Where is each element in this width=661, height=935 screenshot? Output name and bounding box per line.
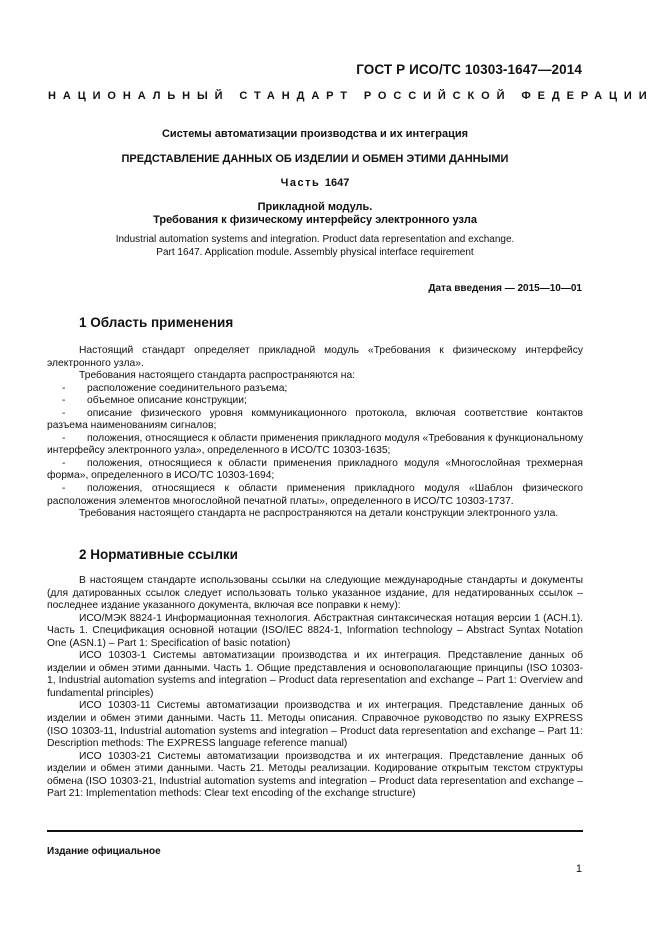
national-standard-banner: НАЦИОНАЛЬНЫЙ СТАНДАРТ РОССИЙСКОЙ ФЕДЕРАЦ… bbox=[48, 90, 588, 102]
dash-bullet: - bbox=[47, 408, 87, 421]
dash-bullet: - bbox=[47, 383, 87, 396]
english-title-line-1: Industrial automation systems and integr… bbox=[47, 233, 583, 246]
section-body-scope: Настоящий стандарт определяет прикладной… bbox=[47, 345, 583, 521]
official-edition-label: Издание официальное bbox=[47, 846, 161, 857]
list-item: -положения, относящиеся к области примен… bbox=[47, 433, 583, 458]
introduction-date: Дата введения — 2015—10—01 bbox=[428, 283, 582, 294]
english-title: Industrial automation systems and integr… bbox=[47, 233, 583, 259]
part-label: Часть bbox=[281, 177, 321, 189]
module-title: Прикладной модуль. Требования к физическ… bbox=[47, 201, 583, 227]
footer-rule bbox=[47, 830, 583, 832]
list-item-text: описание физического уровня коммуникацио… bbox=[47, 408, 583, 432]
section-heading-normative-references: 2 Нормативные ссылки bbox=[79, 547, 238, 562]
list-item-text: положения, относящиеся к области примене… bbox=[47, 483, 583, 507]
paragraph: Требования настоящего стандарта распрост… bbox=[47, 370, 583, 383]
section-heading-scope: 1 Область применения bbox=[79, 315, 233, 330]
page-number: 1 bbox=[576, 863, 582, 875]
paragraph: ИСО 10303-11 Системы автоматизации произ… bbox=[47, 700, 583, 750]
list-item: -расположение соединительного разъема; bbox=[47, 383, 583, 396]
main-title: ПРЕДСТАВЛЕНИЕ ДАННЫХ ОБ ИЗДЕЛИИ И ОБМЕН … bbox=[47, 153, 583, 165]
list-item: -описание физического уровня коммуникаци… bbox=[47, 408, 583, 433]
part-title: Часть 1647 bbox=[47, 177, 583, 189]
list-item: -положения, относящиеся к области примен… bbox=[47, 483, 583, 508]
paragraph: Требования настоящего стандарта не распр… bbox=[47, 508, 583, 521]
document-code: ГОСТ Р ИСО/ТС 10303-1647—2014 bbox=[356, 62, 582, 77]
paragraph: В настоящем стандарте использованы ссылк… bbox=[47, 575, 583, 613]
list-item-text: расположение соединительного разъема; bbox=[87, 383, 287, 394]
dash-bullet: - bbox=[47, 458, 87, 471]
list-item: -положения, относящиеся к области примен… bbox=[47, 458, 583, 483]
dash-bullet: - bbox=[47, 433, 87, 446]
dash-bullet: - bbox=[47, 395, 87, 408]
module-title-line-2: Требования к физическому интерфейсу элек… bbox=[47, 214, 583, 227]
paragraph: ИСО/МЭК 8824-1 Информационная технология… bbox=[47, 613, 583, 651]
part-number: 1647 bbox=[325, 177, 349, 189]
dash-bullet: - bbox=[47, 483, 87, 496]
paragraph: ИСО 10303-21 Системы автоматизации произ… bbox=[47, 751, 583, 801]
list-item-text: положения, относящиеся к области примене… bbox=[47, 433, 583, 457]
list-item-text: объемное описание конструкции; bbox=[87, 395, 247, 406]
list-item: -объемное описание конструкции; bbox=[47, 395, 583, 408]
paragraph: ИСО 10303-1 Системы автоматизации произв… bbox=[47, 650, 583, 700]
list-item-text: положения, относящиеся к области примене… bbox=[47, 458, 583, 482]
series-title: Системы автоматизации производства и их … bbox=[47, 128, 583, 140]
module-title-line-1: Прикладной модуль. bbox=[47, 201, 583, 214]
section-body-normative-references: В настоящем стандарте использованы ссылк… bbox=[47, 575, 583, 801]
english-title-line-2: Part 1647. Application module. Assembly … bbox=[47, 246, 583, 259]
paragraph: Настоящий стандарт определяет прикладной… bbox=[47, 345, 583, 370]
